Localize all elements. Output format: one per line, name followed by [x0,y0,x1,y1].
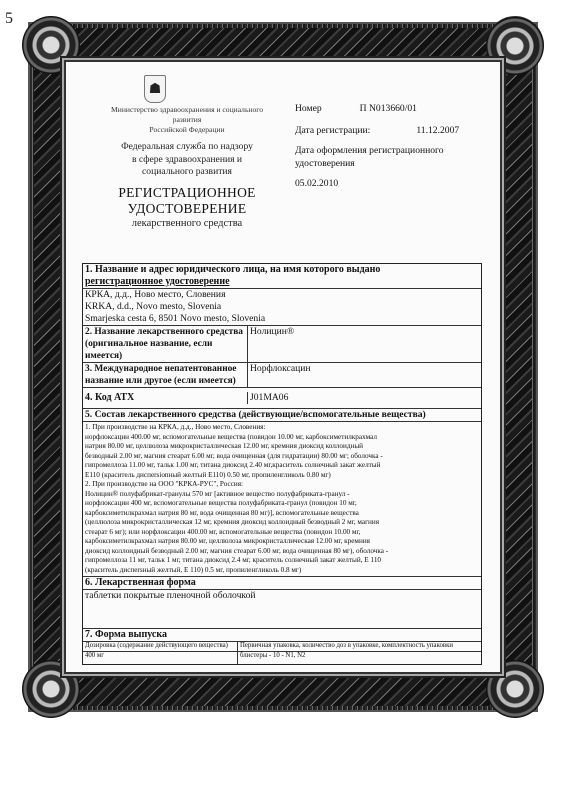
dosage-form-value: таблетки покрытые пленочной оболочкой [83,590,481,628]
reg-date-value: 11.12.2007 [416,125,459,138]
section-7-values: 400 мг блистеры - 10 - N1, N2 [83,651,481,664]
document-title: РЕГИСТРАЦИОННОЕ УДОСТОВЕРЕНИЕ [82,185,292,217]
section-7-title: 7. Форма выпуска [83,628,481,641]
document-subtitle: лекарственного средства [82,217,292,231]
section-6-value: таблетки покрытые пленочной оболочкой [83,589,481,628]
reg-date-label: Дата регистрации: [295,125,370,138]
section-5-composition: 1. При производстве на КРКА, д.д., Ново … [83,421,481,576]
issue-date-value: 05.02.2010 [295,178,485,191]
number-value: П N013660/01 [360,103,417,116]
drug-name-value: Нолицин® [248,326,481,362]
page-number-mark: 5 [5,10,13,28]
certificate-table: 1. Название и адрес юридического лица, н… [82,263,482,665]
dosage-value: 400 мг [83,652,238,664]
section-4-row: 4. Код АТХ J01MA06 [83,387,481,408]
section-1-title: 1. Название и адрес юридического лица, н… [83,264,481,288]
section-5-title: 5. Состав лекарственного средства (дейст… [83,408,481,421]
section-6-title: 6. Лекарственная форма [83,576,481,589]
section-1-values: КРКА, д.д., Ново место, Словения KRKA, d… [83,288,481,325]
section-3-row: 3. Международное непатентованное названи… [83,362,481,387]
inn-value: Норфлоксацин [248,363,481,387]
issue-date-label: Дата оформления регистрационного удостов… [295,145,485,170]
atc-code-value: J01MA06 [248,392,481,404]
double-headed-eagle-icon: ☗ [144,75,166,103]
number-label: Номер [295,103,322,116]
registration-info: Номер П N013660/01 Дата регистрации: 11.… [295,105,485,191]
service-name: Федеральная служба по надзору в сфере зд… [82,141,292,179]
packaging-column-header: Первичная упаковка, количество доз в упа… [238,642,481,651]
dosage-column-header: Дозировка (содержание действующего вещес… [83,642,238,651]
ministry-name: Министерство здравоохранения и социально… [82,105,292,135]
issuer-block: Министерство здравоохранения и социально… [82,105,292,231]
packaging-value: блистеры - 10 - N1, N2 [238,652,481,664]
section-7-headers: Дозировка (содержание действующего вещес… [83,641,481,651]
section-2-row: 2. Название лекарственного средства (ори… [83,325,481,362]
